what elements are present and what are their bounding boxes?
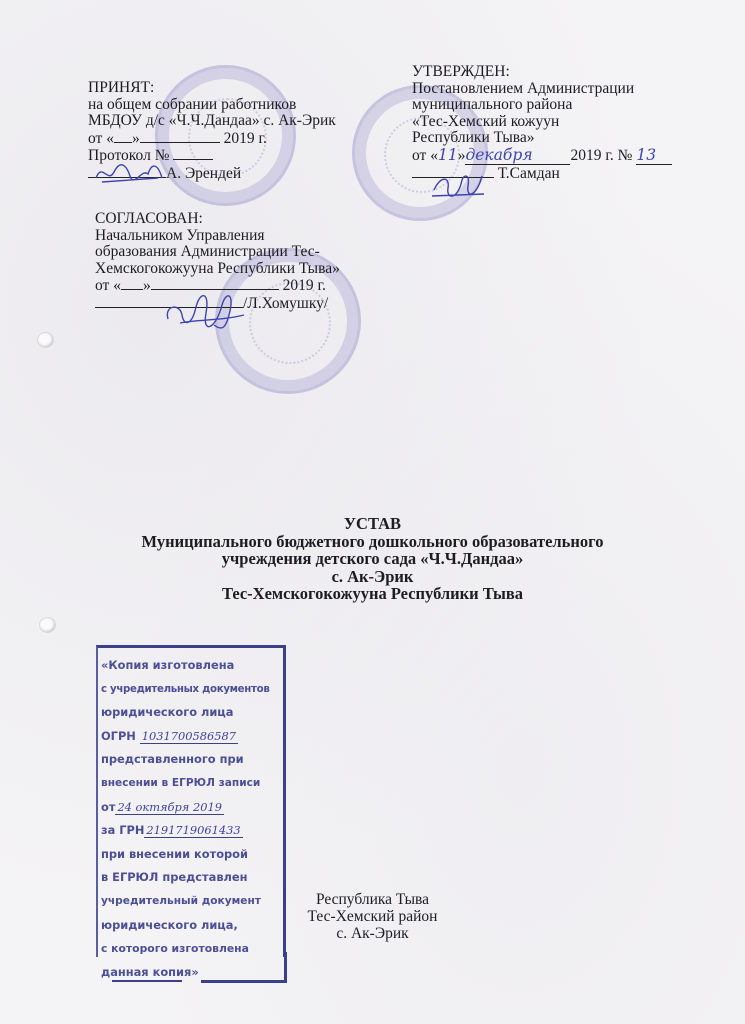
charter-title-line2: учреждения детского сада «Ч.Ч.Дандаа» (0, 550, 745, 568)
date-year: 2019 г. (283, 277, 326, 294)
footer-district: Тес-Хемский район (0, 908, 745, 925)
signature-agreed (160, 285, 250, 335)
signature-accepted (92, 158, 172, 188)
entry-date-value: 24 октября 2019 (115, 800, 224, 815)
date-prefix: от « (412, 147, 438, 164)
charter-title: УСТАВ (0, 515, 745, 533)
agreed-line2: образования Администрации Тес- (95, 244, 340, 261)
stamp-line: при внесении которой (101, 843, 283, 867)
date-mid: » (132, 130, 140, 147)
stamp-bottom-border-left (112, 980, 182, 982)
accepted-line1: на общем собрании работников (88, 97, 336, 114)
day-blank (114, 130, 132, 143)
date-mid: » (143, 277, 151, 294)
stamp-ogrn-line: ОГРН 1031700586587 (101, 725, 283, 749)
charter-title-block: УСТАВ Муниципального бюджетного дошкольн… (0, 515, 745, 603)
punch-hole-bottom (40, 618, 55, 632)
approved-date: от «11»декабря2019 г. № 13 (412, 147, 672, 165)
grn-label: за ГРН (101, 823, 144, 837)
stamp-line: в ЕГРЮЛ представлен (101, 866, 283, 890)
date-year: 2019 г. (224, 130, 267, 147)
stamp-grn-line: за ГРН2191719061433 (101, 819, 283, 843)
date-prefix: от « (95, 277, 121, 294)
accepted-date: от «» 2019 г. (88, 130, 336, 148)
ogrn-label: ОГРН (101, 729, 136, 743)
accepted-signatory: А. Эрендей (166, 165, 241, 182)
stamp-date-line: от24 октября 2019 (101, 796, 283, 820)
stamp-line: внесении в ЕГРЮЛ записи (101, 772, 283, 796)
month-blank (140, 130, 220, 143)
protocol-blank (173, 147, 213, 160)
date-year: 2019 г. № (570, 147, 632, 164)
approved-block: УТВЕРЖДЕН: Постановлением Администрации … (412, 64, 672, 182)
date-label: от (101, 800, 115, 814)
approved-line4: Республики Тыва» (412, 130, 672, 147)
agreed-line1: Начальником Управления (95, 228, 340, 245)
approved-line2: муниципального района (412, 97, 672, 114)
agreed-signatory: /Л.Хомушку/ (243, 295, 328, 312)
ogrn-value: 1031700586587 (140, 729, 238, 744)
signature-approved (428, 170, 488, 204)
footer-village: с. Ак-Эрик (0, 925, 745, 942)
agreed-line3: Хемскогокожууна Республики Тыва» (95, 261, 340, 278)
charter-title-line4: Тес-Хемскогокожууна Республики Тыва (0, 585, 745, 603)
date-mid: » (458, 147, 466, 164)
date-prefix: от « (88, 130, 114, 147)
place-footer: Республика Тыва Тес-Хемский район с. Ак-… (0, 891, 745, 942)
approved-line1: Постановлением Администрации (412, 81, 672, 98)
agreed-heading: СОГЛАСОВАН: (95, 211, 340, 228)
stamp-line: с учредительных документов (101, 678, 283, 702)
accepted-heading: ПРИНЯТ: (88, 80, 336, 97)
stamp-bottom-border-right (201, 980, 287, 983)
accepted-line2: МБДОУ д/с «Ч.Ч.Дандаа» с. Ак-Эрик (88, 113, 336, 130)
stamp-line: «Копия изготовлена (101, 654, 283, 678)
date-day: 11 (438, 146, 458, 164)
approved-heading: УТВЕРЖДЕН: (412, 64, 672, 81)
decree-number: 13 (636, 147, 672, 165)
approved-line3: «Тес-Хемский кожуун (412, 114, 672, 131)
charter-title-line1: Муниципального бюджетного дошкольного об… (0, 533, 745, 551)
punch-hole-top (38, 333, 53, 347)
stamp-line: юридического лица (101, 701, 283, 725)
day-blank (121, 277, 143, 290)
date-month: декабря (465, 147, 570, 165)
stamp-right-border-end (284, 952, 287, 982)
grn-value: 2191719061433 (144, 823, 242, 838)
charter-title-line3: с. Ак-Эрик (0, 568, 745, 586)
footer-republic: Республика Тыва (0, 891, 745, 908)
stamp-line: представленного при (101, 748, 283, 772)
approved-signatory: Т.Самдан (498, 165, 560, 182)
